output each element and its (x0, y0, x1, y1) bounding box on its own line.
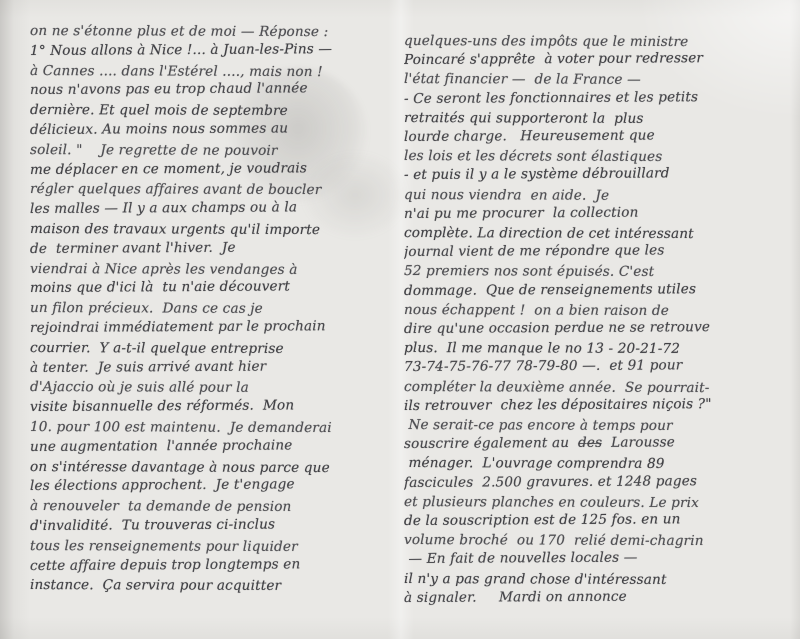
handwriting-line: de terminer avant l'hiver. Je (30, 238, 394, 260)
left-page: on ne s'étonne plus et de moi — Réponse … (30, 22, 394, 622)
handwriting-line: souscrire également au d̶e̶s̶ Larousse (404, 433, 800, 455)
handwriting-line: visite bisannuelle des réformés. Mon (30, 396, 394, 418)
handwriting-line: cette affaire depuis trop longtemps en (30, 554, 394, 576)
handwriting-line: lourde charge. Heureusement que (404, 126, 800, 148)
handwriting-line: — En fait de nouvelles locales — (404, 548, 800, 570)
handwriting-line: Poincaré s'apprête à voter pour redresse… (404, 49, 800, 71)
handwriting-line: me déplacer en ce moment, je voudrais (30, 158, 394, 180)
handwriting-line: délicieux. Au moins nous sommes au (30, 119, 394, 141)
handwriting-line: 1° Nous allons à Nice !... à Juan-les-Pi… (30, 40, 394, 62)
handwriting-line: - Ce seront les fonctionnaires et les pe… (404, 87, 800, 109)
handwriting-line: les élections approchent. Je t'engage (30, 475, 394, 497)
handwriting-line: rejoindrai immédiatement par le prochain (30, 317, 394, 339)
handwriting-line: à signaler. Mardi on annonce (404, 586, 800, 608)
handwriting-line: d'invalidité. Tu trouveras ci-inclus (30, 515, 394, 537)
handwriting-line: n'ai pu me procurer la collection (404, 202, 800, 224)
handwriting-line: dire qu'une occasion perdue ne se retrou… (404, 318, 800, 340)
handwriting-line: dommage. Que de renseignements utiles (404, 279, 800, 301)
right-page: quelques-uns des impôts que le ministreP… (404, 32, 800, 637)
handwriting-line: fascicules 2.500 gravures. et 1248 pages (404, 471, 800, 493)
handwriting-line: de la souscription est de 125 fos. en un (404, 510, 800, 532)
handwriting-line: - et puis il y a le système débrouillard (404, 164, 800, 186)
handwriting-line: les malles — Il y a aux champs ou à la (30, 198, 394, 220)
handwriting-line: moins que d'ici là tu n'aie découvert (30, 277, 394, 299)
handwriting-line: à tenter. Je suis arrivé avant hier (30, 356, 394, 378)
handwriting-line: une augmentation l'année prochaine (30, 436, 394, 458)
handwriting-line: ils retrouver chez les dépositaires niço… (404, 394, 800, 416)
handwriting-line: 73-74-75-76-77 78-79-80 —. et 91 pour (404, 356, 800, 378)
handwriting-line: instance. Ça servira pour acquitter (30, 576, 394, 597)
handwriting-line: journal vient de me répondre que les (404, 241, 800, 263)
handwriting-line: nous n'avons pas eu trop chaud l'année (30, 79, 394, 101)
letter-scan: { "document": { "kind": "scanned handwri… (0, 0, 800, 639)
